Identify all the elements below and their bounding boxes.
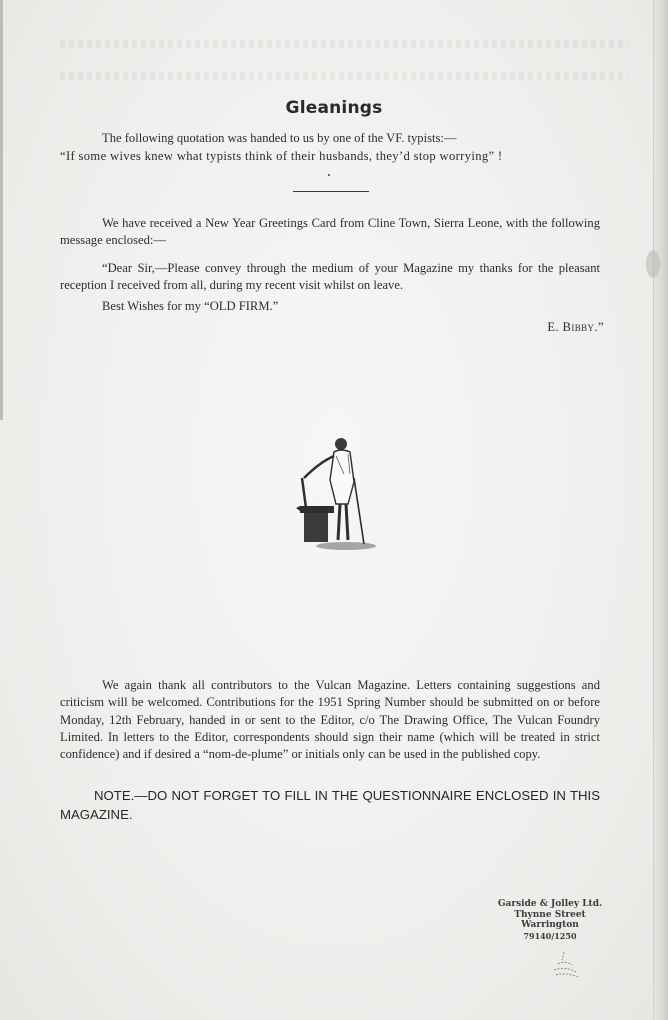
signature: E. Bibby.” xyxy=(547,320,604,335)
show-through-text xyxy=(60,72,628,80)
page-title: Gleanings xyxy=(0,98,668,118)
ink-smudge xyxy=(548,950,582,980)
page-right-edge xyxy=(653,0,668,1020)
contributors-notice: We again thank all contributors to the V… xyxy=(60,677,600,763)
decorative-dot xyxy=(328,174,330,176)
printer-code: 79140/1250 xyxy=(484,931,616,942)
quotation-intro: The following quotation was handed to us… xyxy=(60,130,600,147)
show-through-text xyxy=(60,40,628,48)
printer-town: Warrington xyxy=(484,920,616,931)
magazine-page: Gleanings The following quotation was ha… xyxy=(0,0,668,1020)
greetings-card-intro: We have received a New Year Greetings Ca… xyxy=(60,215,600,249)
questionnaire-note: NOTE.—DO NOT FORGET TO FILL IN THE QUEST… xyxy=(60,786,600,824)
typists-quote: “If some wives knew what typists think o… xyxy=(60,148,600,165)
printer-street: Thynne Street xyxy=(484,910,616,921)
best-wishes: Best Wishes for my “OLD FIRM.” xyxy=(60,298,600,315)
paper-stain xyxy=(646,250,660,278)
printer-imprint: Garside & Jolley Ltd. Thynne Street Warr… xyxy=(484,899,616,941)
section-divider xyxy=(293,191,369,192)
greetings-message: “Dear Sir,—Please convey through the med… xyxy=(60,260,600,294)
page-left-edge xyxy=(0,0,3,420)
blacksmith-icon xyxy=(296,434,380,554)
printer-name: Garside & Jolley Ltd. xyxy=(484,899,616,910)
